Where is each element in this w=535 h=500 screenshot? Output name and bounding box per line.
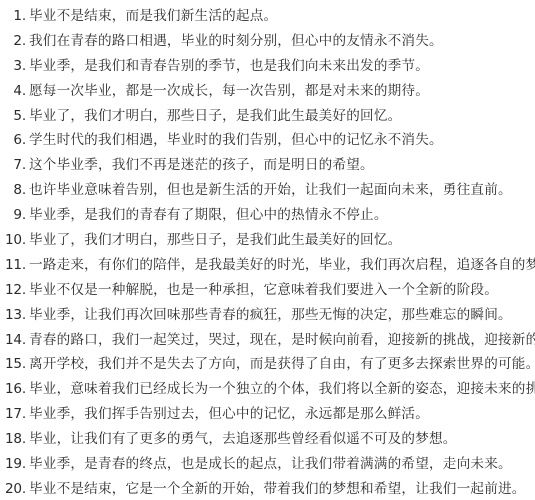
list-item: 1.毕业不是结束，而是我们新生活的起点。	[0, 4, 535, 29]
item-text: 这个毕业季，我们不再是迷茫的孩子，而是明日的希望。	[29, 153, 374, 178]
item-number: 1.	[0, 4, 26, 29]
list-item: 13.毕业季，让我们再次回味那些青春的疯狂，那些无悔的决定，那些难忘的瞬间。	[0, 303, 535, 328]
item-number: 7.	[0, 153, 26, 178]
item-number: 14.	[0, 328, 26, 353]
item-number: 9.	[0, 203, 26, 228]
item-text: 我们在青春的路口相遇，毕业的时刻分别，但心中的友情永不消失。	[29, 29, 443, 54]
list-item: 11.一路走来，有你们的陪伴，是我最美好的时光，毕业，我们再次启程，追逐各自的梦…	[0, 253, 535, 278]
list-item: 16.毕业，意味着我们已经成长为一个独立的个体，我们将以全新的姿态，迎接未来的挑…	[0, 377, 535, 402]
item-number: 2.	[0, 29, 26, 54]
item-text: 毕业不仅是一种解脱，也是一种承担，它意味着我们要进入一个全新的阶段。	[29, 278, 498, 303]
list-item: 8.也许毕业意味着告别，但也是新生活的开始，让我们一起面向未来，勇往直前。	[0, 178, 535, 203]
list-item: 18.毕业，让我们有了更多的勇气，去追逐那些曾经看似遥不可及的梦想。	[0, 427, 535, 452]
item-text: 离开学校，我们并不是失去了方向，而是获得了自由，有了更多去探索世界的可能。	[29, 352, 535, 377]
item-text: 毕业季，让我们再次回味那些青春的疯狂，那些无悔的决定，那些难忘的瞬间。	[29, 303, 512, 328]
item-number: 18.	[0, 427, 26, 452]
item-text: 毕业，意味着我们已经成长为一个独立的个体，我们将以全新的姿态，迎接未来的挑战。	[29, 377, 535, 402]
item-number: 8.	[0, 178, 26, 203]
list-item: 19.毕业季，是青春的终点，也是成长的起点，让我们带着满满的希望，走向未来。	[0, 452, 535, 477]
list-item: 4.愿每一次毕业，都是一次成长，每一次告别，都是对未来的期待。	[0, 79, 535, 104]
item-text: 毕业，让我们有了更多的勇气，去追逐那些曾经看似遥不可及的梦想。	[29, 427, 457, 452]
item-text: 毕业季，是我们的青春有了期限，但心中的热情永不停止。	[29, 203, 388, 228]
item-text: 毕业了，我们才明白，那些日子，是我们此生最美好的回忆。	[29, 104, 401, 129]
item-number: 10.	[0, 228, 26, 253]
list-item: 7.这个毕业季，我们不再是迷茫的孩子，而是明日的希望。	[0, 153, 535, 178]
item-text: 毕业季，我们挥手告别过去，但心中的记忆，永远都是那么鲜活。	[29, 402, 429, 427]
item-number: 5.	[0, 104, 26, 129]
item-number: 6.	[0, 128, 26, 153]
list-item: 15.离开学校，我们并不是失去了方向，而是获得了自由，有了更多去探索世界的可能。	[0, 352, 535, 377]
list-item: 17.毕业季，我们挥手告别过去，但心中的记忆，永远都是那么鲜活。	[0, 402, 535, 427]
graduation-quotes-list: 1.毕业不是结束，而是我们新生活的起点。 2.我们在青春的路口相遇，毕业的时刻分…	[0, 0, 535, 500]
list-item: 12.毕业不仅是一种解脱，也是一种承担，它意味着我们要进入一个全新的阶段。	[0, 278, 535, 303]
list-item: 6.学生时代的我们相遇，毕业时的我们告别，但心中的记忆永不消失。	[0, 128, 535, 153]
item-number: 13.	[0, 303, 26, 328]
item-text: 也许毕业意味着告别，但也是新生活的开始，让我们一起面向未来，勇往直前。	[29, 178, 512, 203]
item-text: 毕业季，是我们和青春告别的季节，也是我们向未来出发的季节。	[29, 54, 429, 79]
list-item: 3.毕业季，是我们和青春告别的季节，也是我们向未来出发的季节。	[0, 54, 535, 79]
list-item: 5.毕业了，我们才明白，那些日子，是我们此生最美好的回忆。	[0, 104, 535, 129]
list-item: 10.毕业了，我们才明白，那些日子，是我们此生最美好的回忆。	[0, 228, 535, 253]
item-number: 16.	[0, 377, 26, 402]
item-text: 毕业季，是青春的终点，也是成长的起点，让我们带着满满的希望，走向未来。	[29, 452, 512, 477]
item-number: 4.	[0, 79, 26, 104]
item-text: 毕业不是结束，而是我们新生活的起点。	[29, 4, 277, 29]
item-number: 12.	[0, 278, 26, 303]
item-number: 3.	[0, 54, 26, 79]
item-text: 毕业了，我们才明白，那些日子，是我们此生最美好的回忆。	[29, 228, 401, 253]
item-text: 一路走来，有你们的陪伴，是我最美好的时光，毕业，我们再次启程，追逐各自的梦想。	[29, 253, 535, 278]
list-item: 20.毕业不是结束，它是一个全新的开始，带着我们的梦想和希望，让我们一起前进。	[0, 477, 535, 500]
item-number: 19.	[0, 452, 26, 477]
list-item: 9.毕业季，是我们的青春有了期限，但心中的热情永不停止。	[0, 203, 535, 228]
list-item: 2.我们在青春的路口相遇，毕业的时刻分别，但心中的友情永不消失。	[0, 29, 535, 54]
item-number: 20.	[0, 477, 26, 500]
item-text: 毕业不是结束，它是一个全新的开始，带着我们的梦想和希望，让我们一起前进。	[29, 477, 526, 500]
item-number: 17.	[0, 402, 26, 427]
item-number: 15.	[0, 352, 26, 377]
item-number: 11.	[0, 253, 26, 278]
list-item: 14.青春的路口，我们一起笑过，哭过，现在，是时候向前看，迎接新的挑战，迎接新的…	[0, 328, 535, 353]
item-text: 愿每一次毕业，都是一次成长，每一次告别，都是对未来的期待。	[29, 79, 429, 104]
item-text: 学生时代的我们相遇，毕业时的我们告别，但心中的记忆永不消失。	[29, 128, 443, 153]
item-text: 青春的路口，我们一起笑过，哭过，现在，是时候向前看，迎接新的挑战，迎接新的人生。	[29, 328, 535, 353]
